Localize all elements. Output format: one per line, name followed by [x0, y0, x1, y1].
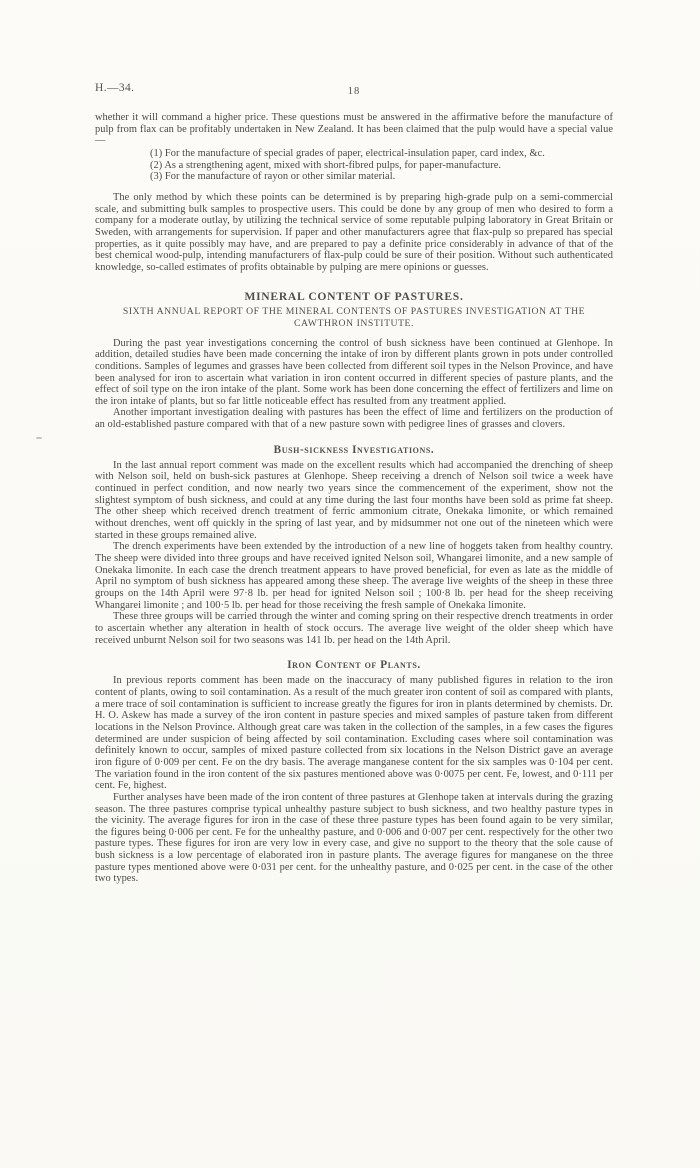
list-item-2: (2) As a strengthening agent, mixed with…: [150, 160, 613, 172]
section-title-mineral-content: MINERAL CONTENT OF PASTURES.: [95, 290, 613, 303]
paragraph-bush-2: The drench experiments have been extende…: [95, 541, 613, 611]
heading-bush-sickness: Bush-sickness Investigations.: [95, 444, 613, 456]
page-header: H.—34. 18: [95, 82, 613, 108]
paragraph-bush-1: In the last annual report comment was ma…: [95, 460, 613, 542]
scanned-document-page: H.—34. 18 whether it will command a high…: [0, 0, 700, 1168]
paragraph-iron-1: In previous reports comment has been mad…: [95, 675, 613, 792]
text-column: H.—34. 18 whether it will command a high…: [95, 82, 613, 885]
document-body: whether it will command a higher price. …: [95, 112, 613, 885]
page-number: 18: [95, 86, 613, 97]
paragraph-mineral-1: During the past year investigations conc…: [95, 338, 613, 408]
scan-artifact-mark: [36, 437, 42, 439]
heading-iron-content: Iron Content of Plants.: [95, 659, 613, 671]
paragraph-mineral-2: Another important investigation dealing …: [95, 407, 613, 430]
paragraph-bush-3: These three groups will be carried throu…: [95, 611, 613, 646]
paragraph-iron-2: Further analyses have been made of the i…: [95, 792, 613, 885]
section-subtitle-sixth-annual-report: SIXTH ANNUAL REPORT OF THE MINERAL CONTE…: [113, 306, 595, 331]
list-item-1: (1) For the manufacture of special grade…: [150, 148, 613, 160]
paragraph-continuation: whether it will command a higher price. …: [95, 112, 613, 147]
list-item-3: (3) For the manufacture of rayon or othe…: [150, 171, 613, 183]
paragraph-method: The only method by which these points ca…: [95, 192, 613, 274]
numbered-list: (1) For the manufacture of special grade…: [150, 148, 613, 183]
